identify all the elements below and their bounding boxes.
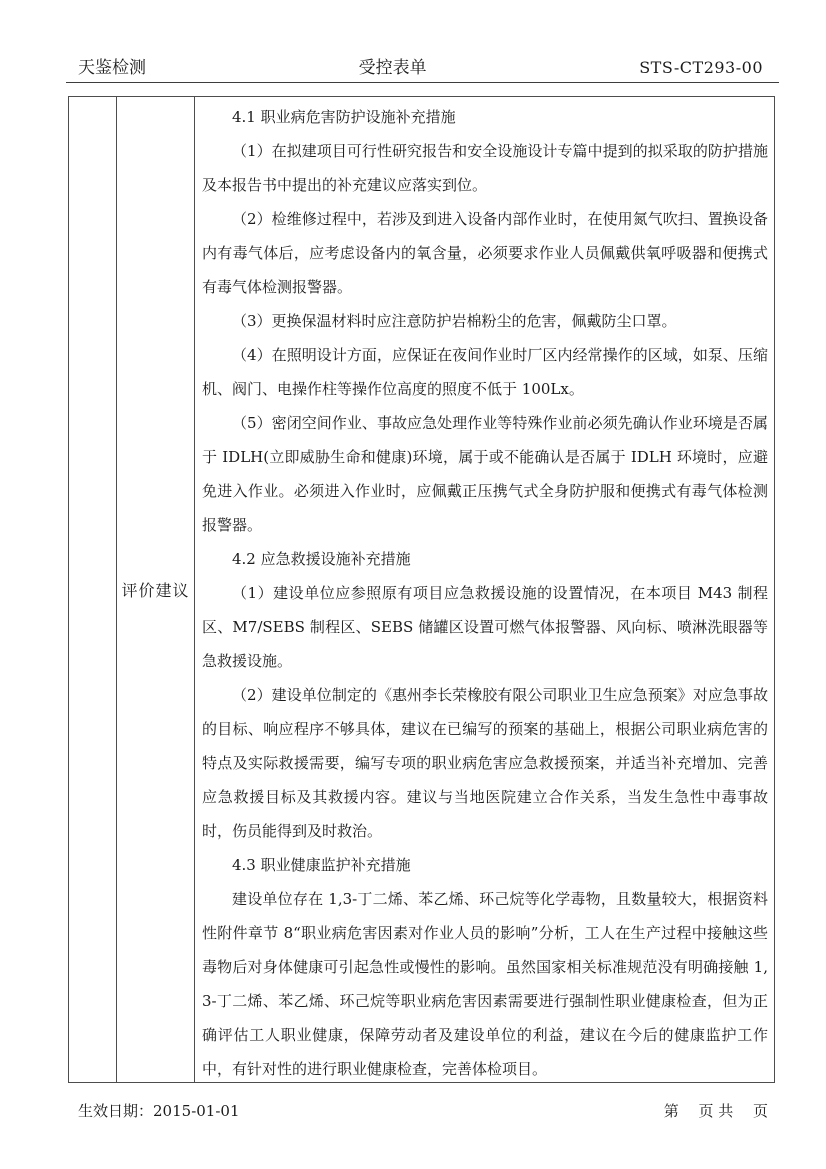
page-header: 天鉴检测 受控表单 STS-CT293-00 (66, 53, 779, 83)
table-index-column (69, 97, 117, 1082)
section-heading: 4.1 职业病危害防护设施补充措施 (202, 100, 768, 134)
table-content-cell: 4.1 职业病危害防护设施补充措施（1）在拟建项目可行性研究报告和安全设施设计专… (195, 97, 774, 1082)
section-heading: 4.2 应急救援设施补充措施 (202, 542, 768, 576)
effective-date-value: 2015-01-01 (153, 1102, 239, 1120)
body-paragraph: （1）建设单位应参照原有项目应急救援设施的设置情况，在本项目 M43 制程区、M… (202, 576, 768, 678)
row-label: 评价建议 (121, 578, 189, 601)
effective-date-label: 生效日期： (78, 1102, 153, 1120)
body-paragraph: （3）更换保温材料时应注意防护岩棉粉尘的危害，佩戴防尘口罩。 (202, 304, 768, 338)
row-label-cell: 评价建议 (117, 97, 195, 1082)
header-doc-code: STS-CT293-00 (639, 58, 779, 77)
header-company-name: 天鉴检测 (66, 53, 146, 78)
body-paragraph: （4）在照明设计方面，应保证在夜间作业时厂区内经常操作的区域，如泵、压缩机、阀门… (202, 338, 768, 406)
body-paragraph: （2）建设单位制定的《惠州李长荣橡胶有限公司职业卫生应急预案》对应急事故的目标、… (202, 678, 768, 848)
assessment-table: 评价建议 4.1 职业病危害防护设施补充措施（1）在拟建项目可行性研究报告和安全… (68, 96, 775, 1083)
page-number-placeholder: 第 页 共 页 (664, 1100, 768, 1121)
section-heading: 4.3 职业健康监护补充措施 (202, 848, 768, 882)
header-doc-type: 受控表单 (146, 53, 639, 78)
effective-date: 生效日期：2015-01-01 (78, 1100, 240, 1121)
body-paragraph: （2）检维修过程中，若涉及到进入设备内部作业时，在使用氮气吹扫、置换设备内有毒气… (202, 202, 768, 304)
body-paragraph: （1）在拟建项目可行性研究报告和安全设施设计专篇中提到的拟采取的防护措施及本报告… (202, 134, 768, 202)
body-paragraph: 建设单位存在 1,3-丁二烯、苯乙烯、环己烷等化学毒物，且数量较大，根据资料性附… (202, 882, 768, 1082)
body-paragraph: （5）密闭空间作业、事故应急处理作业等特殊作业前必须先确认作业环境是否属于 ID… (202, 406, 768, 542)
page-footer: 生效日期：2015-01-01 第 页 共 页 (78, 1100, 768, 1121)
